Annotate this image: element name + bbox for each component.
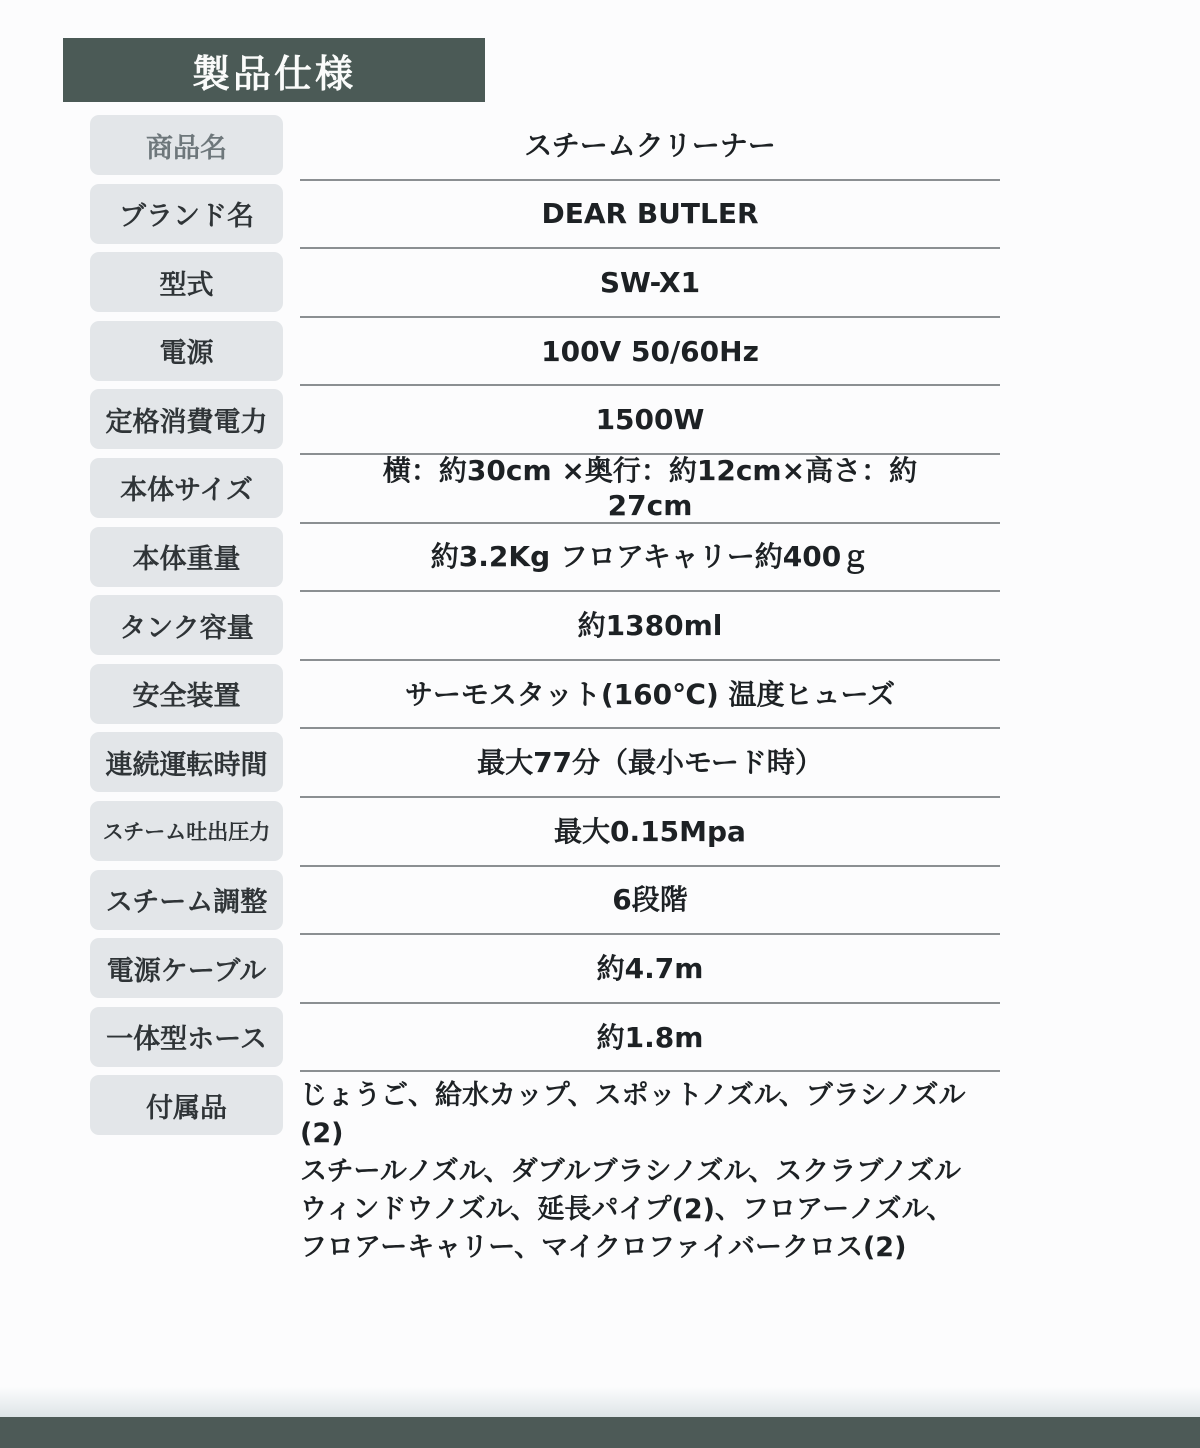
spec-row-accessories: 付属品 じょうご、給水カップ、スポットノズル、ブラシノズル(2) スチールノズル… bbox=[90, 1072, 1000, 1232]
spec-value: SW-X1 bbox=[373, 265, 928, 300]
spec-row-continuous-runtime: 連続運転時間 最大77分（最小モード時） bbox=[90, 729, 1000, 798]
spec-label: 電源 bbox=[90, 321, 283, 381]
spec-row-body-weight: 本体重量 約3.2Kg フロアキャリー約400ｇ bbox=[90, 524, 1000, 593]
spec-value-cell: スチームクリーナー bbox=[300, 112, 1000, 181]
spec-value-cell: DEAR BUTLER bbox=[300, 181, 1000, 250]
spec-value: DEAR BUTLER bbox=[373, 196, 928, 231]
spec-value-cell: 約3.2Kg フロアキャリー約400ｇ bbox=[300, 524, 1000, 593]
spec-value-cell: 横：約30cm ×奥行：約12cm×高さ：約27cm bbox=[300, 455, 1000, 524]
spec-label: スチーム調整 bbox=[90, 870, 283, 930]
spec-value-cell: じょうご、給水カップ、スポットノズル、ブラシノズル(2) スチールノズル、ダブル… bbox=[300, 1072, 1000, 1232]
spec-label: 本体重量 bbox=[90, 527, 283, 587]
spec-value-cell: 約1.8m bbox=[300, 1004, 1000, 1073]
spec-row-steam-adjustment: スチーム調整 6段階 bbox=[90, 867, 1000, 936]
spec-row-rated-power: 定格消費電力 1500W bbox=[90, 386, 1000, 455]
spec-row-tank-capacity: タンク容量 約1380ml bbox=[90, 592, 1000, 661]
spec-row-product-name: 商品名 スチームクリーナー bbox=[90, 112, 1000, 181]
spec-value: 約3.2Kg フロアキャリー約400ｇ bbox=[373, 539, 928, 574]
spec-label: タンク容量 bbox=[90, 595, 283, 655]
spec-value-cell: サーモスタット(160℃) 温度ヒューズ bbox=[300, 661, 1000, 730]
spec-value-cell: 最大77分（最小モード時） bbox=[300, 729, 1000, 798]
spec-value-cell: 6段階 bbox=[300, 867, 1000, 936]
spec-value-cell: 最大0.15Mpa bbox=[300, 798, 1000, 867]
spec-value-cell: 約1380ml bbox=[300, 592, 1000, 661]
spec-value-cell: 100V 50/60Hz bbox=[300, 318, 1000, 387]
spec-label: 一体型ホース bbox=[90, 1007, 283, 1067]
spec-value: 最大0.15Mpa bbox=[373, 814, 928, 849]
spec-value-cell: 約4.7m bbox=[300, 935, 1000, 1004]
spec-value: スチームクリーナー bbox=[373, 128, 928, 163]
spec-label: 付属品 bbox=[90, 1075, 283, 1135]
section-title-banner: 製品仕様 bbox=[63, 38, 485, 102]
spec-label: 商品名 bbox=[90, 115, 283, 175]
spec-value: 横：約30cm ×奥行：約12cm×高さ：約27cm bbox=[373, 453, 928, 523]
bottom-fade bbox=[0, 1387, 1200, 1417]
spec-value: サーモスタット(160℃) 温度ヒューズ bbox=[373, 677, 928, 712]
spec-label: 電源ケーブル bbox=[90, 938, 283, 998]
spec-value: 約4.7m bbox=[373, 951, 928, 986]
spec-value: 100V 50/60Hz bbox=[373, 334, 928, 369]
spec-value-cell: 1500W bbox=[300, 386, 1000, 455]
spec-value: 1500W bbox=[373, 402, 928, 437]
spec-row-safety-device: 安全装置 サーモスタット(160℃) 温度ヒューズ bbox=[90, 661, 1000, 730]
spec-value: じょうご、給水カップ、スポットノズル、ブラシノズル(2) スチールノズル、ダブル… bbox=[300, 1077, 1000, 1267]
spec-row-integrated-hose: 一体型ホース 約1.8m bbox=[90, 1004, 1000, 1073]
spec-row-power-cable: 電源ケーブル 約4.7m bbox=[90, 935, 1000, 1004]
spec-value: 最大77分（最小モード時） bbox=[373, 745, 928, 780]
spec-value: 約1.8m bbox=[373, 1020, 928, 1055]
spec-label: 安全装置 bbox=[90, 664, 283, 724]
spec-label: 連続運転時間 bbox=[90, 732, 283, 792]
spec-row-model: 型式 SW-X1 bbox=[90, 249, 1000, 318]
spec-row-power-source: 電源 100V 50/60Hz bbox=[90, 318, 1000, 387]
footer-bar bbox=[0, 1417, 1200, 1448]
spec-label: 定格消費電力 bbox=[90, 389, 283, 449]
spec-label: 型式 bbox=[90, 252, 283, 312]
section-title: 製品仕様 bbox=[192, 43, 356, 98]
spec-label: スチーム吐出圧力 bbox=[90, 801, 283, 861]
spec-row-brand: ブランド名 DEAR BUTLER bbox=[90, 181, 1000, 250]
spec-row-steam-pressure: スチーム吐出圧力 最大0.15Mpa bbox=[90, 798, 1000, 867]
spec-value: 6段階 bbox=[373, 882, 928, 917]
spec-table: 商品名 スチームクリーナー ブランド名 DEAR BUTLER 型式 SW-X1… bbox=[90, 112, 1000, 1232]
spec-value: 約1380ml bbox=[373, 608, 928, 643]
spec-value-cell: SW-X1 bbox=[300, 249, 1000, 318]
spec-label: 本体サイズ bbox=[90, 458, 283, 518]
spec-label: ブランド名 bbox=[90, 184, 283, 244]
spec-row-body-size: 本体サイズ 横：約30cm ×奥行：約12cm×高さ：約27cm bbox=[90, 455, 1000, 524]
